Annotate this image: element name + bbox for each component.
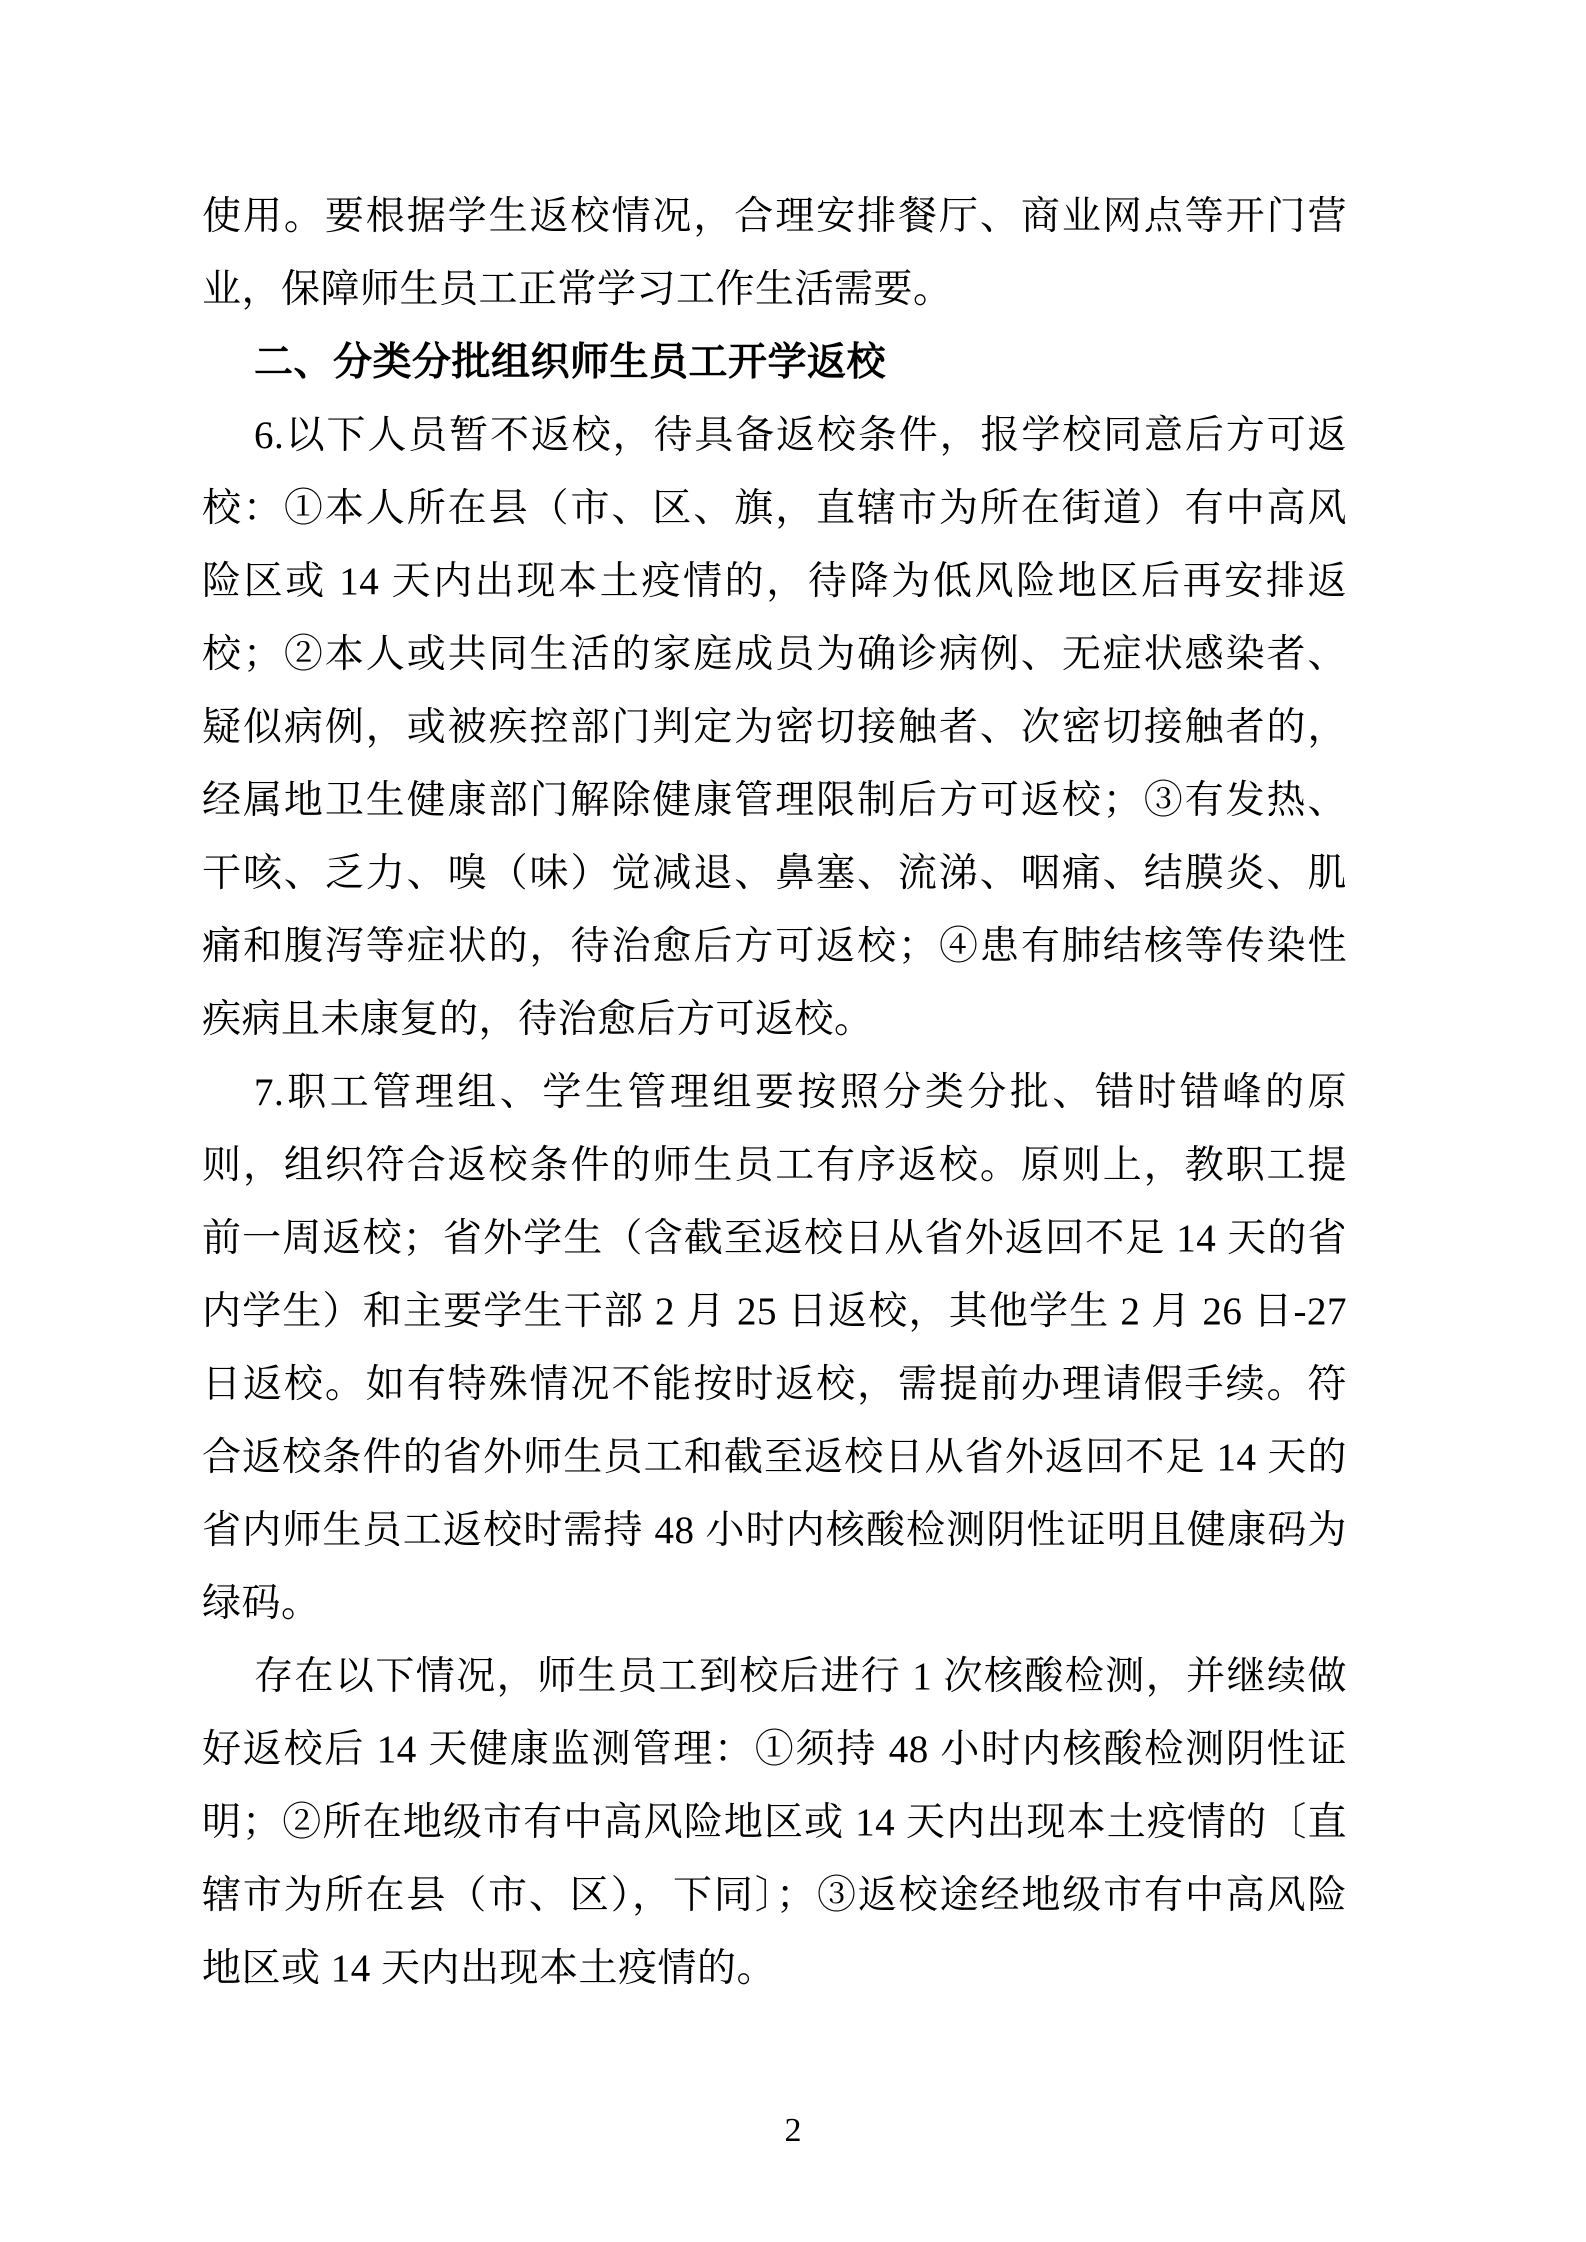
paragraph-item-7: 7.职工管理组、学生管理组要按照分类分批、错时错峰的原则，组织符合返校条件的师生… bbox=[202, 1056, 1347, 1640]
paragraph-item-6: 6.以下人员暂不返校，待具备返校条件，报学校同意后方可返校：①本人所在县（市、区… bbox=[202, 399, 1347, 1056]
section-heading: 二、分类分批组织师生员工开学返校 bbox=[202, 326, 1347, 399]
document-page: 使用。要根据学生返校情况，合理安排餐厅、商业网点等开门营业，保障师生员工正常学习… bbox=[0, 0, 1586, 2242]
document-text-block: 使用。要根据学生返校情况，合理安排餐厅、商业网点等开门营业，保障师生员工正常学习… bbox=[202, 180, 1347, 2005]
paragraph-testing-requirements: 存在以下情况，师生员工到校后进行 1 次核酸检测，并继续做好返校后 14 天健康… bbox=[202, 1640, 1347, 2005]
page-number: 2 bbox=[0, 2108, 1586, 2154]
paragraph-continued: 使用。要根据学生返校情况，合理安排餐厅、商业网点等开门营业，保障师生员工正常学习… bbox=[202, 180, 1347, 326]
